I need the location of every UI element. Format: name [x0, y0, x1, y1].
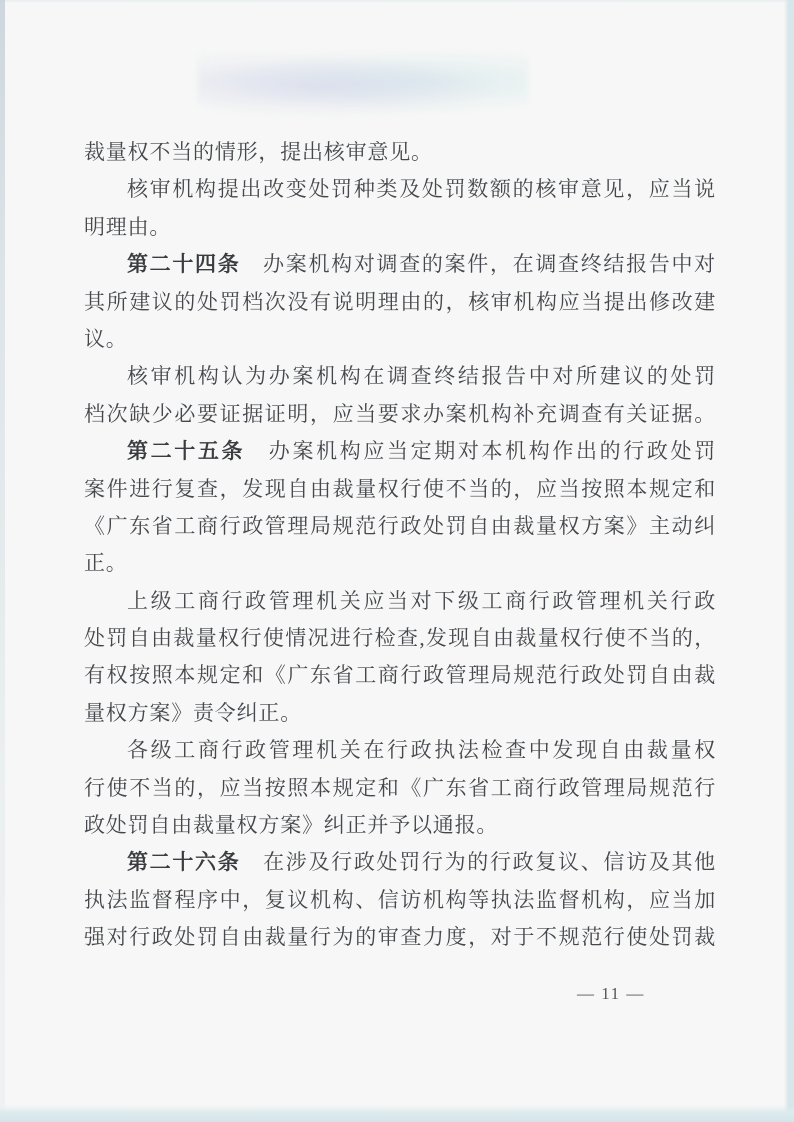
article-number: 第二十四条	[127, 252, 240, 276]
article-number: 第二十六条	[127, 850, 240, 874]
text-line: 执法监督程序中，复议机构、信访机构等执法监督机构，应当加	[84, 882, 716, 919]
text-line: 第二十五条 办案机构应当定期对本机构作出的行政处罚	[84, 433, 716, 470]
text-line: 案件进行复查，发现自由裁量权行使不当的，应当按照本规定和	[84, 471, 716, 508]
scan-edge-top	[0, 0, 794, 3]
text-line: 强对行政处罚自由裁量行为的审查力度，对于不规范行使处罚裁	[84, 919, 716, 956]
text-line: 第二十六条 在涉及行政处罚行为的行政复议、信访及其他	[84, 844, 716, 881]
text-line: 议。	[84, 321, 716, 358]
text-line: 有权按照本规定和《广东省工商行政管理局规范行政处罚自由裁	[84, 657, 716, 694]
text-line: 第二十四条 办案机构对调查的案件，在调查终结报告中对	[84, 246, 716, 283]
scan-edge-right	[784, 0, 794, 1122]
scanned-document-page: 裁量权不当的情形，提出核审意见。核审机构提出改变处罚种类及处罚数额的核审意见，应…	[0, 0, 794, 1122]
text-line: 核审机构提出改变处罚种类及处罚数额的核审意见，应当说	[84, 171, 716, 208]
text-line: 档次缺少必要证据证明，应当要求办案机构补充调查有关证据。	[84, 396, 716, 433]
scan-edge-bottom	[0, 1105, 794, 1122]
text-line: 处罚自由裁量权行使情况进行检查,发现自由裁量权行使不当的，	[84, 620, 716, 657]
text-line: 正。	[84, 545, 716, 582]
text-line: 各级工商行政管理机关在行政执法检查中发现自由裁量权	[84, 732, 716, 769]
page-number: — 11 —	[577, 983, 645, 1005]
text-line: 裁量权不当的情形，提出核审意见。	[84, 134, 716, 171]
text-line: 核审机构认为办案机构在调查终结报告中对所建议的处罚	[84, 358, 716, 395]
watermark-smudge	[198, 52, 528, 116]
text-line: 政处罚自由裁量权方案》纠正并予以通报。	[84, 807, 716, 844]
text-line: 行使不当的，应当按照本规定和《广东省工商行政管理局规范行	[84, 770, 716, 807]
text-line: 《广东省工商行政管理局规范行政处罚自由裁量权方案》主动纠	[84, 508, 716, 545]
scan-edge-left	[0, 0, 5, 1122]
text-line: 上级工商行政管理机关应当对下级工商行政管理机关行政	[84, 583, 716, 620]
text-line: 明理由。	[84, 209, 716, 246]
article-number: 第二十五条	[127, 439, 245, 463]
text-line: 其所建议的处罚档次没有说明理由的，核审机构应当提出修改建	[84, 284, 716, 321]
text-line: 量权方案》责令纠正。	[84, 695, 716, 732]
document-body-text: 裁量权不当的情形，提出核审意见。核审机构提出改变处罚种类及处罚数额的核审意见，应…	[84, 134, 716, 957]
